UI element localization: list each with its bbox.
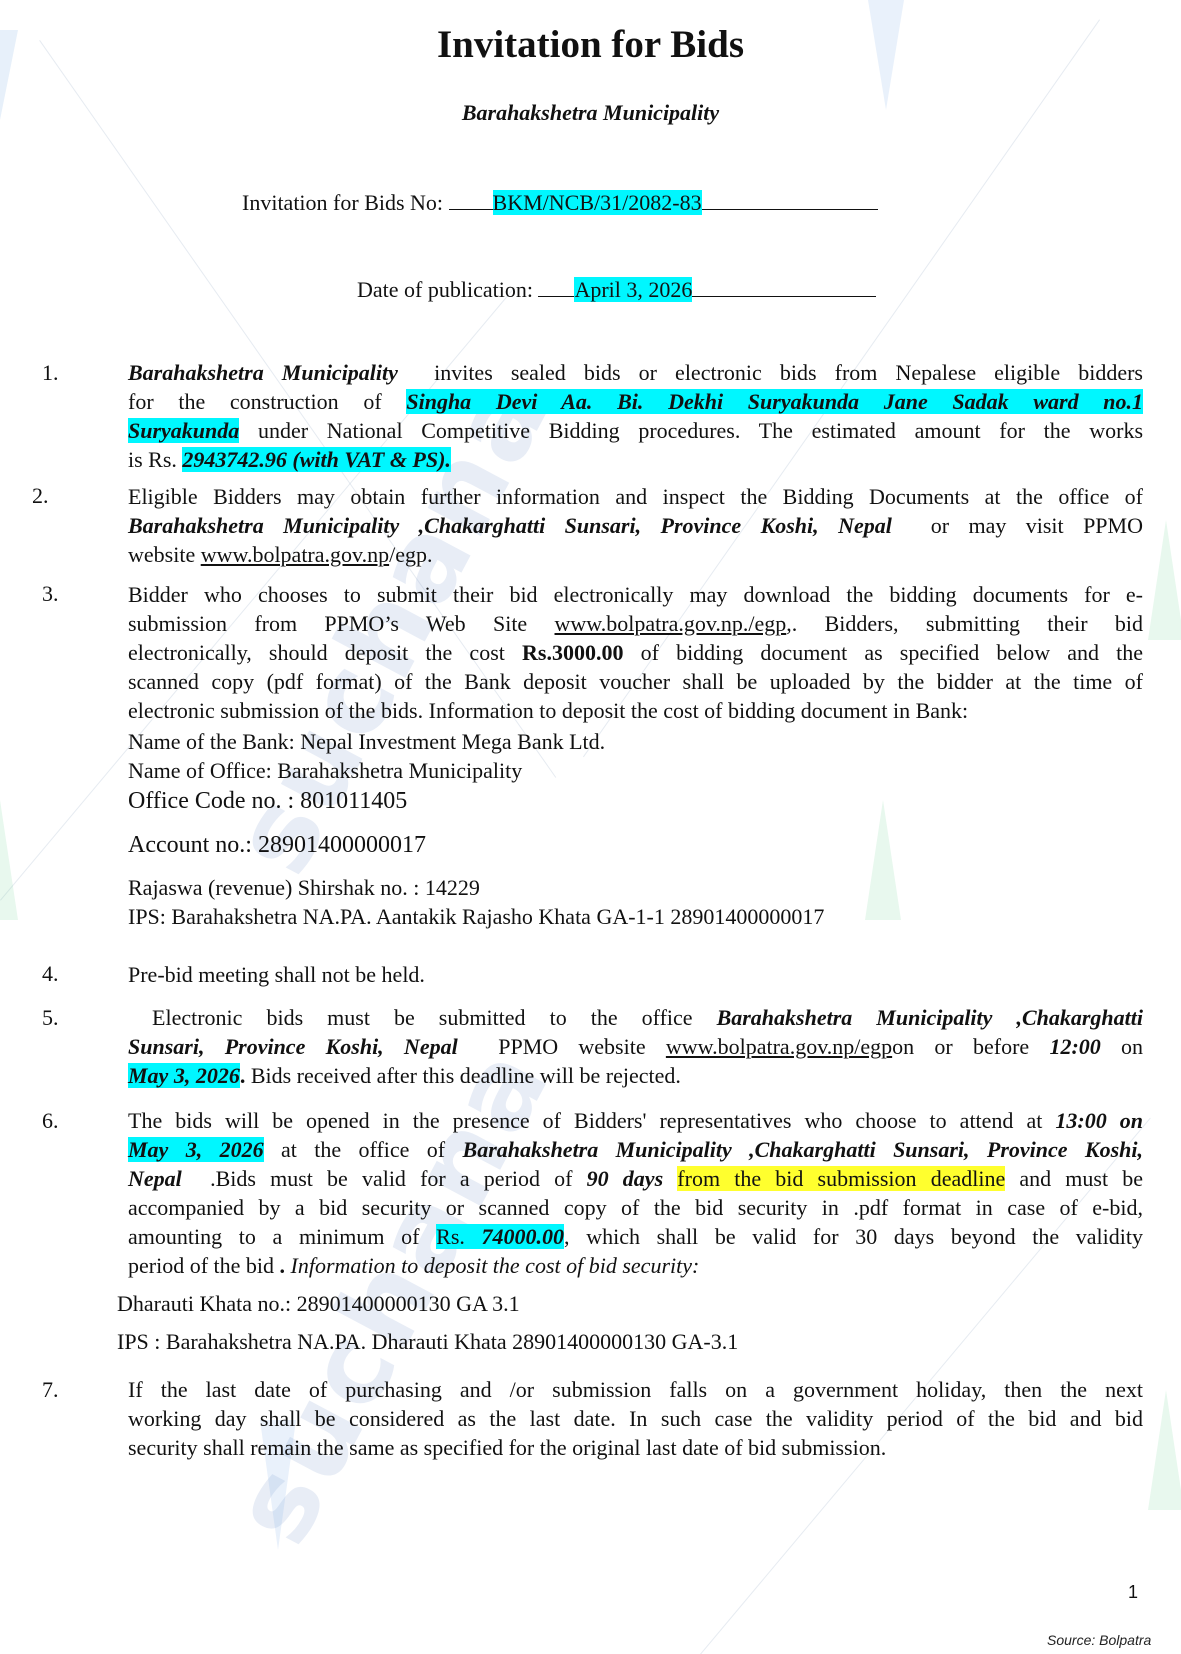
submission-date: May 3, 2026 [128,1063,240,1088]
submission-time: 12:00 [1049,1034,1100,1059]
bank-name: Name of the Bank: Nepal Investment Mega … [128,727,1143,756]
ips-revenue: IPS: Barahakshetra NA.PA. Aantakik Rajas… [128,902,1143,931]
publication-date: April 3, 2026 [574,277,692,302]
publication-date-line: Date of publication: April 3, 2026 [357,276,876,303]
list-item: If the last date of purchasing and /or s… [128,1375,1143,1462]
list-item: Eligible Bidders may obtain further info… [128,482,1143,569]
watermark-arrow-icon [0,800,18,920]
publication-label: Date of publication: [357,277,533,302]
ifb-number-line: Invitation for Bids No: BKM/NCB/31/2082-… [242,189,878,216]
list-item: Pre-bid meeting shall not be held. [128,960,1143,989]
issuer-name: Barahakshetra Municipality [0,100,1181,126]
project-name: Singha Devi Aa. Bi. Dekhi Suryakunda Jan… [406,389,1143,414]
watermark-arrow-icon [1148,1390,1181,1510]
ips-dharauti: IPS : Barahakshetra NA.PA. Dharauti Khat… [117,1329,738,1355]
bolpatra-egp-link[interactable]: www.bolpatra.gov.np/egp [666,1034,892,1059]
list-item: Barahakshetra Municipality invites seale… [128,358,1143,474]
list-item: Bidder who chooses to submit their bid e… [128,580,1143,931]
bolpatra-egp-link[interactable]: www.bolpatra.gov.np./egp [555,611,787,636]
list-item: The bids will be opened in the presence … [128,1106,1143,1280]
item-number: 1. [42,360,59,386]
revenue-head: Rajaswa (revenue) Shirshak no. : 14229 [128,873,1143,902]
item-number: 6. [42,1108,59,1134]
source-caption: Source: Bolpatra [1047,1632,1151,1648]
office-name: Name of Office: Barahakshetra Municipali… [128,756,1143,785]
dharauti-account: Dharauti Khata no.: 28901400000130 GA 3.… [117,1291,520,1317]
bid-security-amount: 74000.00 [482,1224,565,1249]
list-item: Electronic bids must be submitted to the… [128,1003,1143,1090]
ifb-number: BKM/NCB/31/2082-83 [493,190,702,215]
item-number: 5. [42,1005,59,1031]
item-number: 3. [42,581,59,607]
opening-date: May 3, 2026 [128,1137,264,1162]
item-number: 4. [42,961,59,987]
item-number: 7. [42,1377,59,1403]
watermark-arrow-icon [1148,520,1181,640]
estimated-amount: 2943742.96 (with VAT & PS). [182,447,451,472]
document-cost: Rs.3000.00 [522,640,623,665]
item-number: 2. [32,483,49,509]
page-number: 1 [1128,1582,1138,1603]
office-code: Office Code no. : 801011405 [128,785,1143,817]
ifb-label: Invitation for Bids No: [242,190,443,215]
account-number: Account no.: 28901400000017 [128,829,1143,861]
page-title: Invitation for Bids [0,22,1181,67]
bolpatra-link[interactable]: www.bolpatra.gov.np [201,542,389,567]
